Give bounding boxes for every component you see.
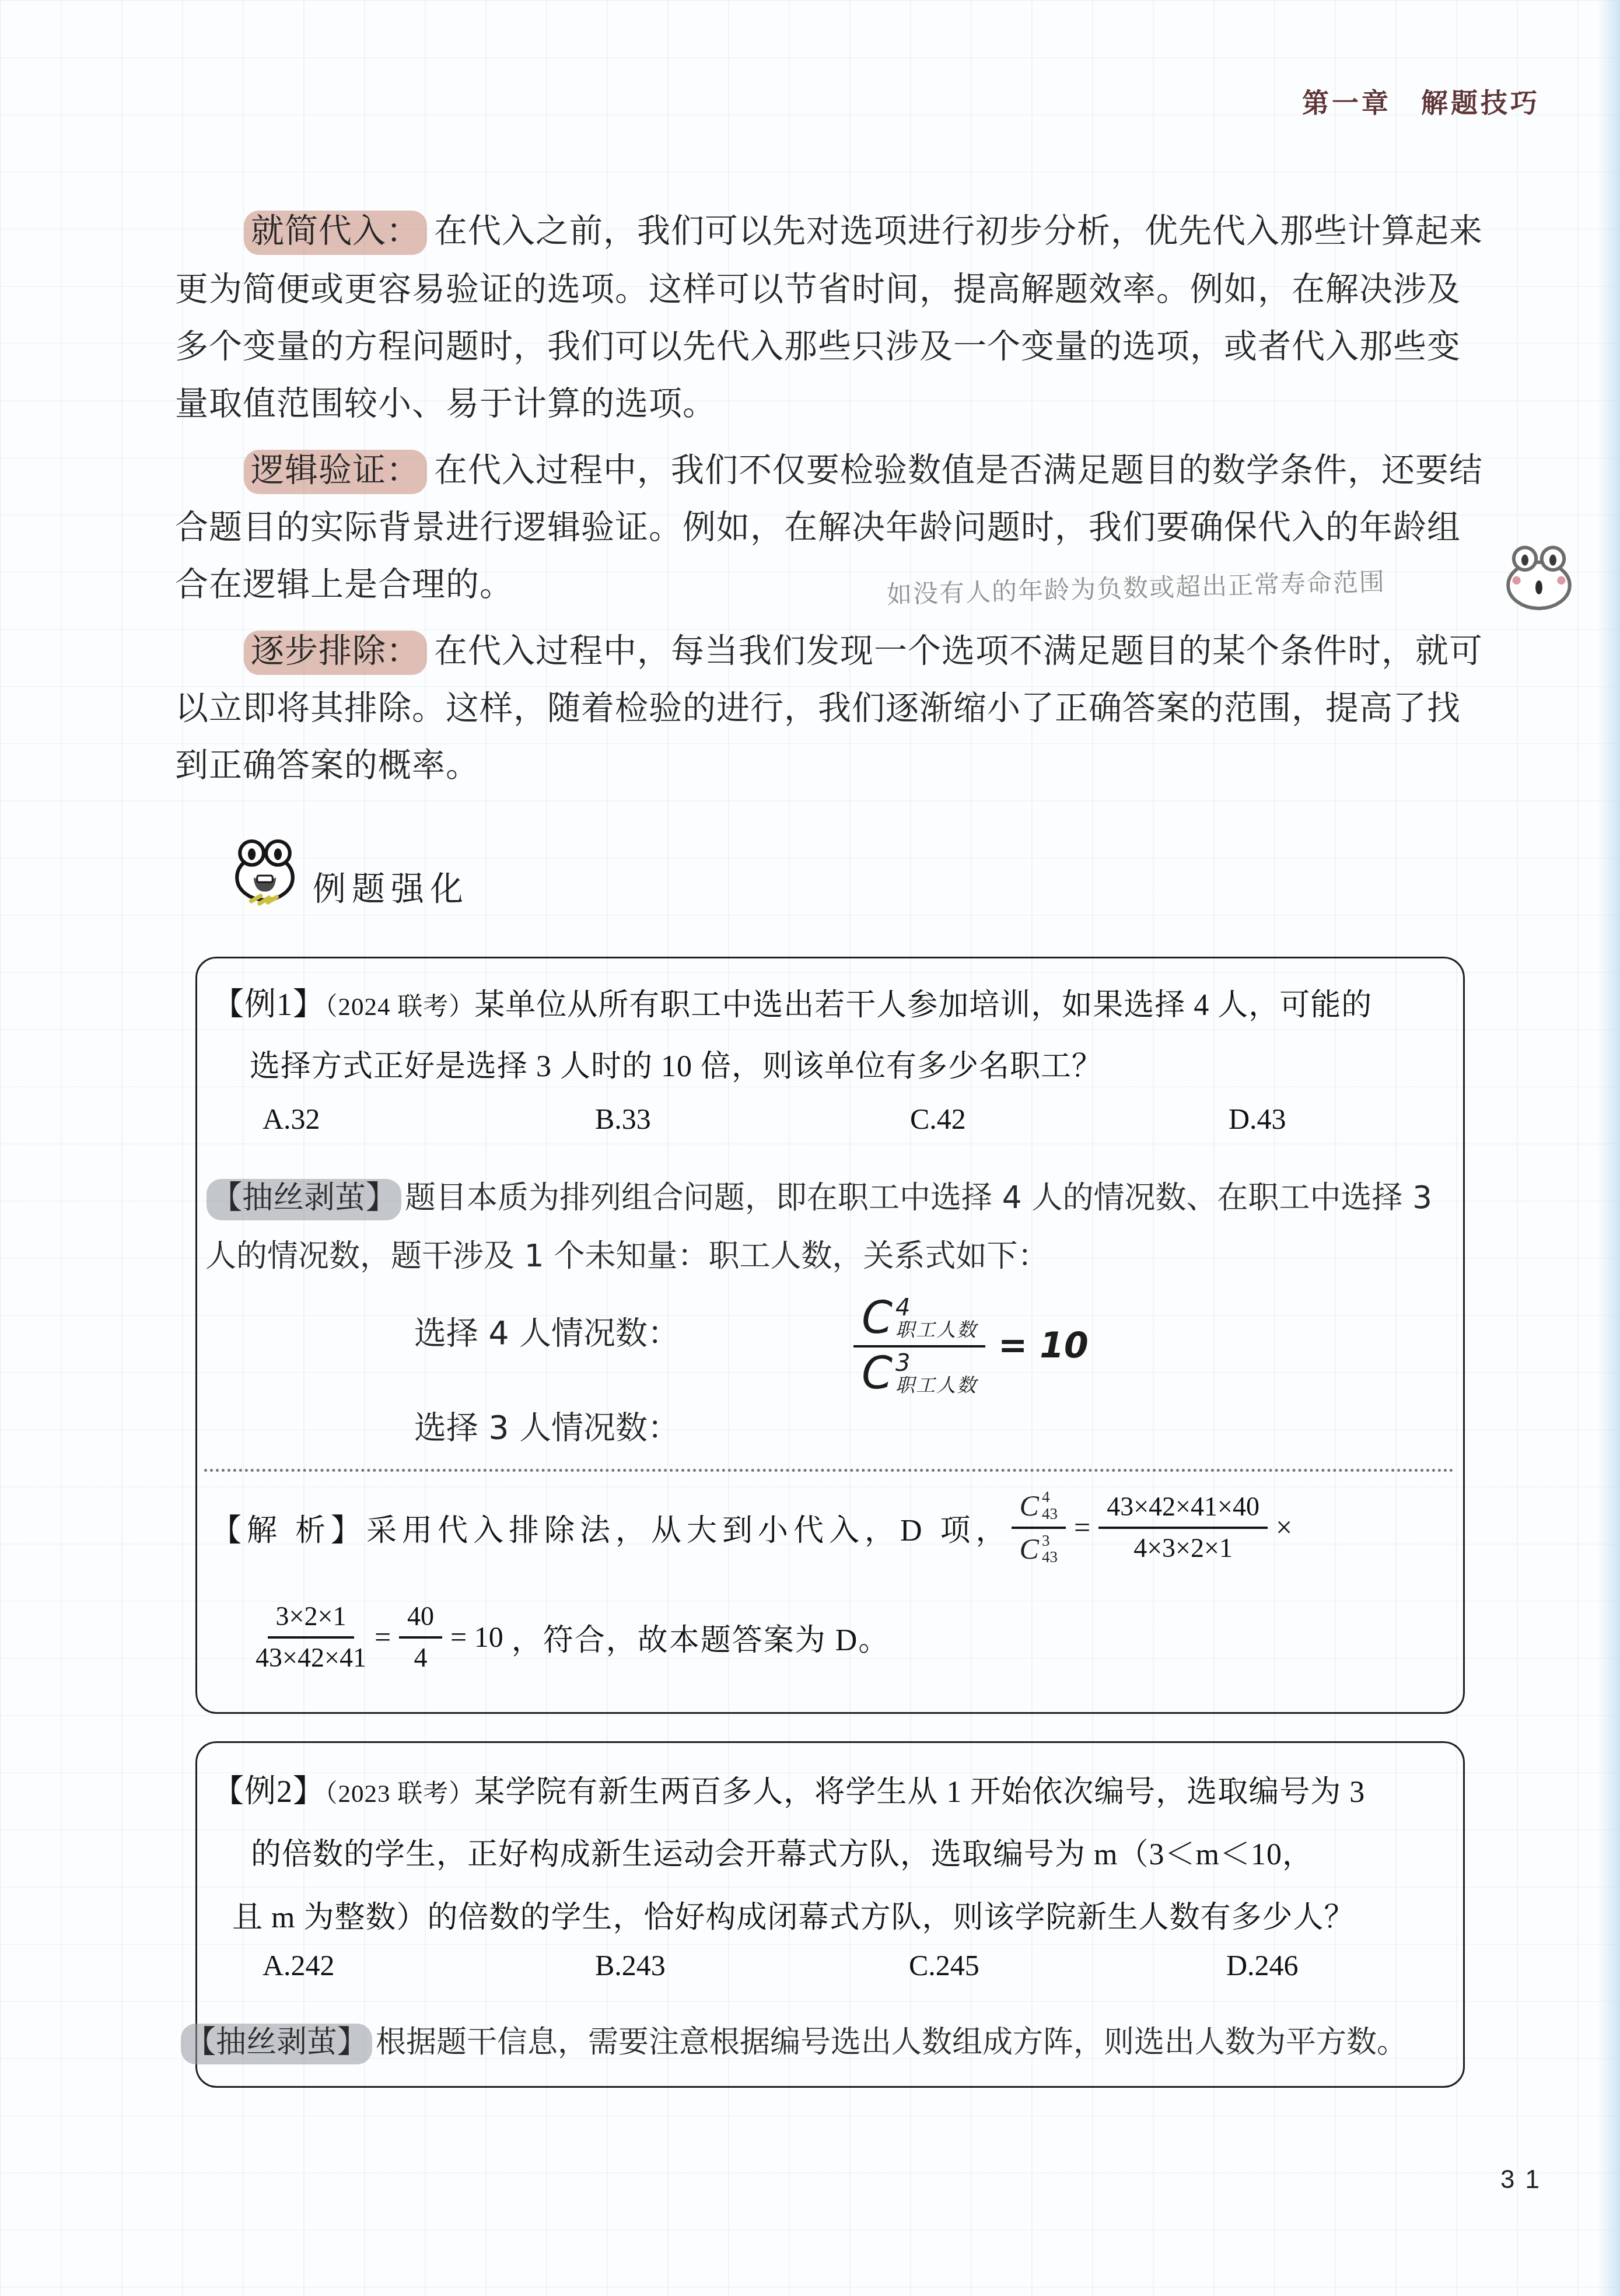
option-d: D.43 xyxy=(1229,1102,1286,1136)
option-b: B.243 xyxy=(595,1948,666,1982)
c-symbol: C xyxy=(1020,1534,1039,1563)
formula-equals: = 10 xyxy=(998,1325,1089,1366)
term-highlight-substitute-simple: 就简代入： xyxy=(244,211,427,255)
analysis-text: 题目本质为排列组合问题，即在职工中选择 4 人的情况数、在职工中选择 3 xyxy=(405,1180,1432,1216)
product-fraction: 43×42×41×40 4×3×2×1 xyxy=(1098,1491,1268,1563)
option-a: A.242 xyxy=(263,1948,335,1982)
example-label: 【例1】 xyxy=(212,987,325,1022)
page-number: 31 xyxy=(1500,2165,1550,2194)
question-line: 【例1】（2024 联考）某单位从所有职工中选出若干人参加培训，如果选择 4 人… xyxy=(212,979,1372,1024)
equals-result: = 10 xyxy=(450,1620,503,1654)
scanned-textbook-page: 第一章 解题技巧 就简代入：在代入之前，我们可以先对选项进行初步分析，优先代入那… xyxy=(0,0,1620,2296)
combination-formula: C4职工人数 C3职工人数 = 10 xyxy=(853,1296,1089,1395)
solution-line: 【解 析】采用代入排除法，从大到小代入，D 项， C443 C343 = 43×… xyxy=(211,1478,1300,1577)
product-fraction: 3×2×1 43×42×41 xyxy=(256,1601,366,1673)
analysis-line: 【抽丝剥茧】题目本质为排列组合问题，即在职工中选择 4 人的情况数、在职工中选择… xyxy=(207,1173,1432,1217)
c-symbol: C xyxy=(862,1296,893,1340)
paragraph-line: 逻辑验证：在代入过程中，我们不仅要检验数值是否满足题目的数学条件，还要结 xyxy=(244,443,1483,491)
term-highlight-stepwise-elimination: 逐步排除： xyxy=(244,631,427,675)
question-line: 的倍数的学生，正好构成新生运动会开幕式方队，选取编号为 m（3＜m＜10， xyxy=(251,1829,1313,1873)
margin-frog-icon xyxy=(1500,545,1577,612)
question-line: 且 m 为整数）的倍数的学生，恰好构成闭幕式方队，则该学院新生人数有多少人？ xyxy=(232,1892,1355,1936)
section-title: 例题强化 xyxy=(313,862,469,910)
chapter-header: 第一章 解题技巧 xyxy=(1213,82,1540,120)
option-d: D.246 xyxy=(1226,1948,1299,1982)
paragraph-line: 量取值范围较小、易于计算的选项。 xyxy=(175,377,716,425)
dashed-divider xyxy=(204,1469,1454,1472)
question-text: 某单位从所有职工中选出若干人参加培训，如果选择 4 人，可能的 xyxy=(474,989,1372,1022)
analysis-line: 【抽丝剥茧】根据题干信息，需要注意根据编号选出人数组成方阵，则选出人数为平方数。 xyxy=(181,2017,1407,2061)
option-a: A.32 xyxy=(263,1102,320,1136)
example-2-box: 【例2】（2023 联考）某学院有新生两百多人，将学生从 1 开始依次编号，选取… xyxy=(195,1741,1465,2088)
exam-source: （2024 联考） xyxy=(325,993,474,1021)
options-row: A.32 B.33 C.42 D.43 xyxy=(197,1102,1463,1143)
equals-sign: = xyxy=(1074,1510,1090,1544)
option-c: C.245 xyxy=(909,1948,979,1982)
formula-fraction: C4职工人数 C3职工人数 xyxy=(853,1296,985,1395)
analysis-label-highlight: 【抽丝剥茧】 xyxy=(181,2024,372,2064)
simple-fraction: 40 4 xyxy=(399,1601,442,1673)
analysis-text: 根据题干信息，需要注意根据编号选出人数组成方阵，则选出人数为平方数。 xyxy=(376,2025,1407,2060)
scan-edge-artifact xyxy=(1598,0,1620,2296)
analysis-line: 人的情况数，题干涉及 1 个未知量：职工人数，关系式如下： xyxy=(205,1231,1048,1276)
solution-line: 3×2×1 43×42×41 = 40 4 = 10 ，符合，故本题答案为 D。 xyxy=(256,1587,890,1686)
paragraph-line: 合题目的实际背景进行逻辑验证。例如，在解决年龄问题时，我们要确保代入的年龄组 xyxy=(175,501,1461,548)
paragraph-line: 到正确答案的概率。 xyxy=(175,738,480,786)
question-line: 选择方式正好是选择 3 人时的 10 倍，则该单位有多少名职工？ xyxy=(250,1041,1103,1085)
option-c: C.42 xyxy=(910,1102,966,1136)
paragraph-text: 在代入过程中，我们不仅要检验数值是否满足题目的数学条件，还要结 xyxy=(434,451,1483,489)
c43-fraction: C443 C343 xyxy=(1012,1489,1066,1565)
paragraph-line: 多个变量的方程问题时，我们可以先代入那些只涉及一个变量的选项，或者代入那些变 xyxy=(175,320,1461,367)
paragraph-text: 在代入之前，我们可以先对选项进行初步分析，优先代入那些计算起来 xyxy=(434,212,1483,250)
times-sign: × xyxy=(1276,1510,1292,1544)
paragraph-text: 在代入过程中，每当我们发现一个选项不满足题目的某个条件时，就可 xyxy=(434,632,1483,670)
solution-label: 【解 析】 xyxy=(211,1506,366,1549)
paragraph-line: 更为简便或更容易验证的选项。这样可以节省时间，提高解题效率。例如，在解决涉及 xyxy=(175,262,1461,310)
question-line: 【例2】（2023 联考）某学院有新生两百多人，将学生从 1 开始依次编号，选取… xyxy=(212,1766,1365,1811)
term-highlight-logic-check: 逻辑验证： xyxy=(244,450,427,494)
solution-text: 采用代入排除法，从大到小代入，D 项， xyxy=(366,1506,1012,1549)
question-text: 某学院有新生两百多人，将学生从 1 开始依次编号，选取编号为 3 xyxy=(474,1776,1365,1809)
solution-conclusion: ，符合，故本题答案为 D。 xyxy=(512,1615,890,1659)
c-symbol: C xyxy=(862,1351,893,1395)
paragraph-line: 合在逻辑上是合理的。 xyxy=(175,558,513,605)
case-4-label: 选择 4 人情况数： xyxy=(414,1307,680,1353)
equals-sign: = xyxy=(375,1620,391,1654)
c-symbol: C xyxy=(1020,1491,1039,1520)
exam-source: （2023 联考） xyxy=(325,1780,474,1808)
section-frog-icon xyxy=(232,838,298,909)
paragraph-line: 以立即将其排除。这样，随着检验的进行，我们逐渐缩小了正确答案的范围，提高了找 xyxy=(175,681,1461,729)
example-label: 【例2】 xyxy=(212,1774,325,1809)
paragraph-line: 逐步排除：在代入过程中，每当我们发现一个选项不满足题目的某个条件时，就可 xyxy=(244,624,1483,672)
margin-note: 如没有人的年龄为负数或超出正常寿命范围 xyxy=(886,562,1385,611)
case-3-label: 选择 3 人情况数： xyxy=(414,1402,680,1448)
analysis-label-highlight: 【抽丝剥茧】 xyxy=(207,1179,401,1220)
option-b: B.33 xyxy=(595,1102,651,1136)
options-row: A.242 B.243 C.245 D.246 xyxy=(197,1948,1463,1989)
example-1-box: 【例1】（2024 联考）某单位从所有职工中选出若干人参加培训，如果选择 4 人… xyxy=(195,957,1465,1714)
paragraph-line: 就简代入：在代入之前，我们可以先对选项进行初步分析，优先代入那些计算起来 xyxy=(244,204,1483,252)
